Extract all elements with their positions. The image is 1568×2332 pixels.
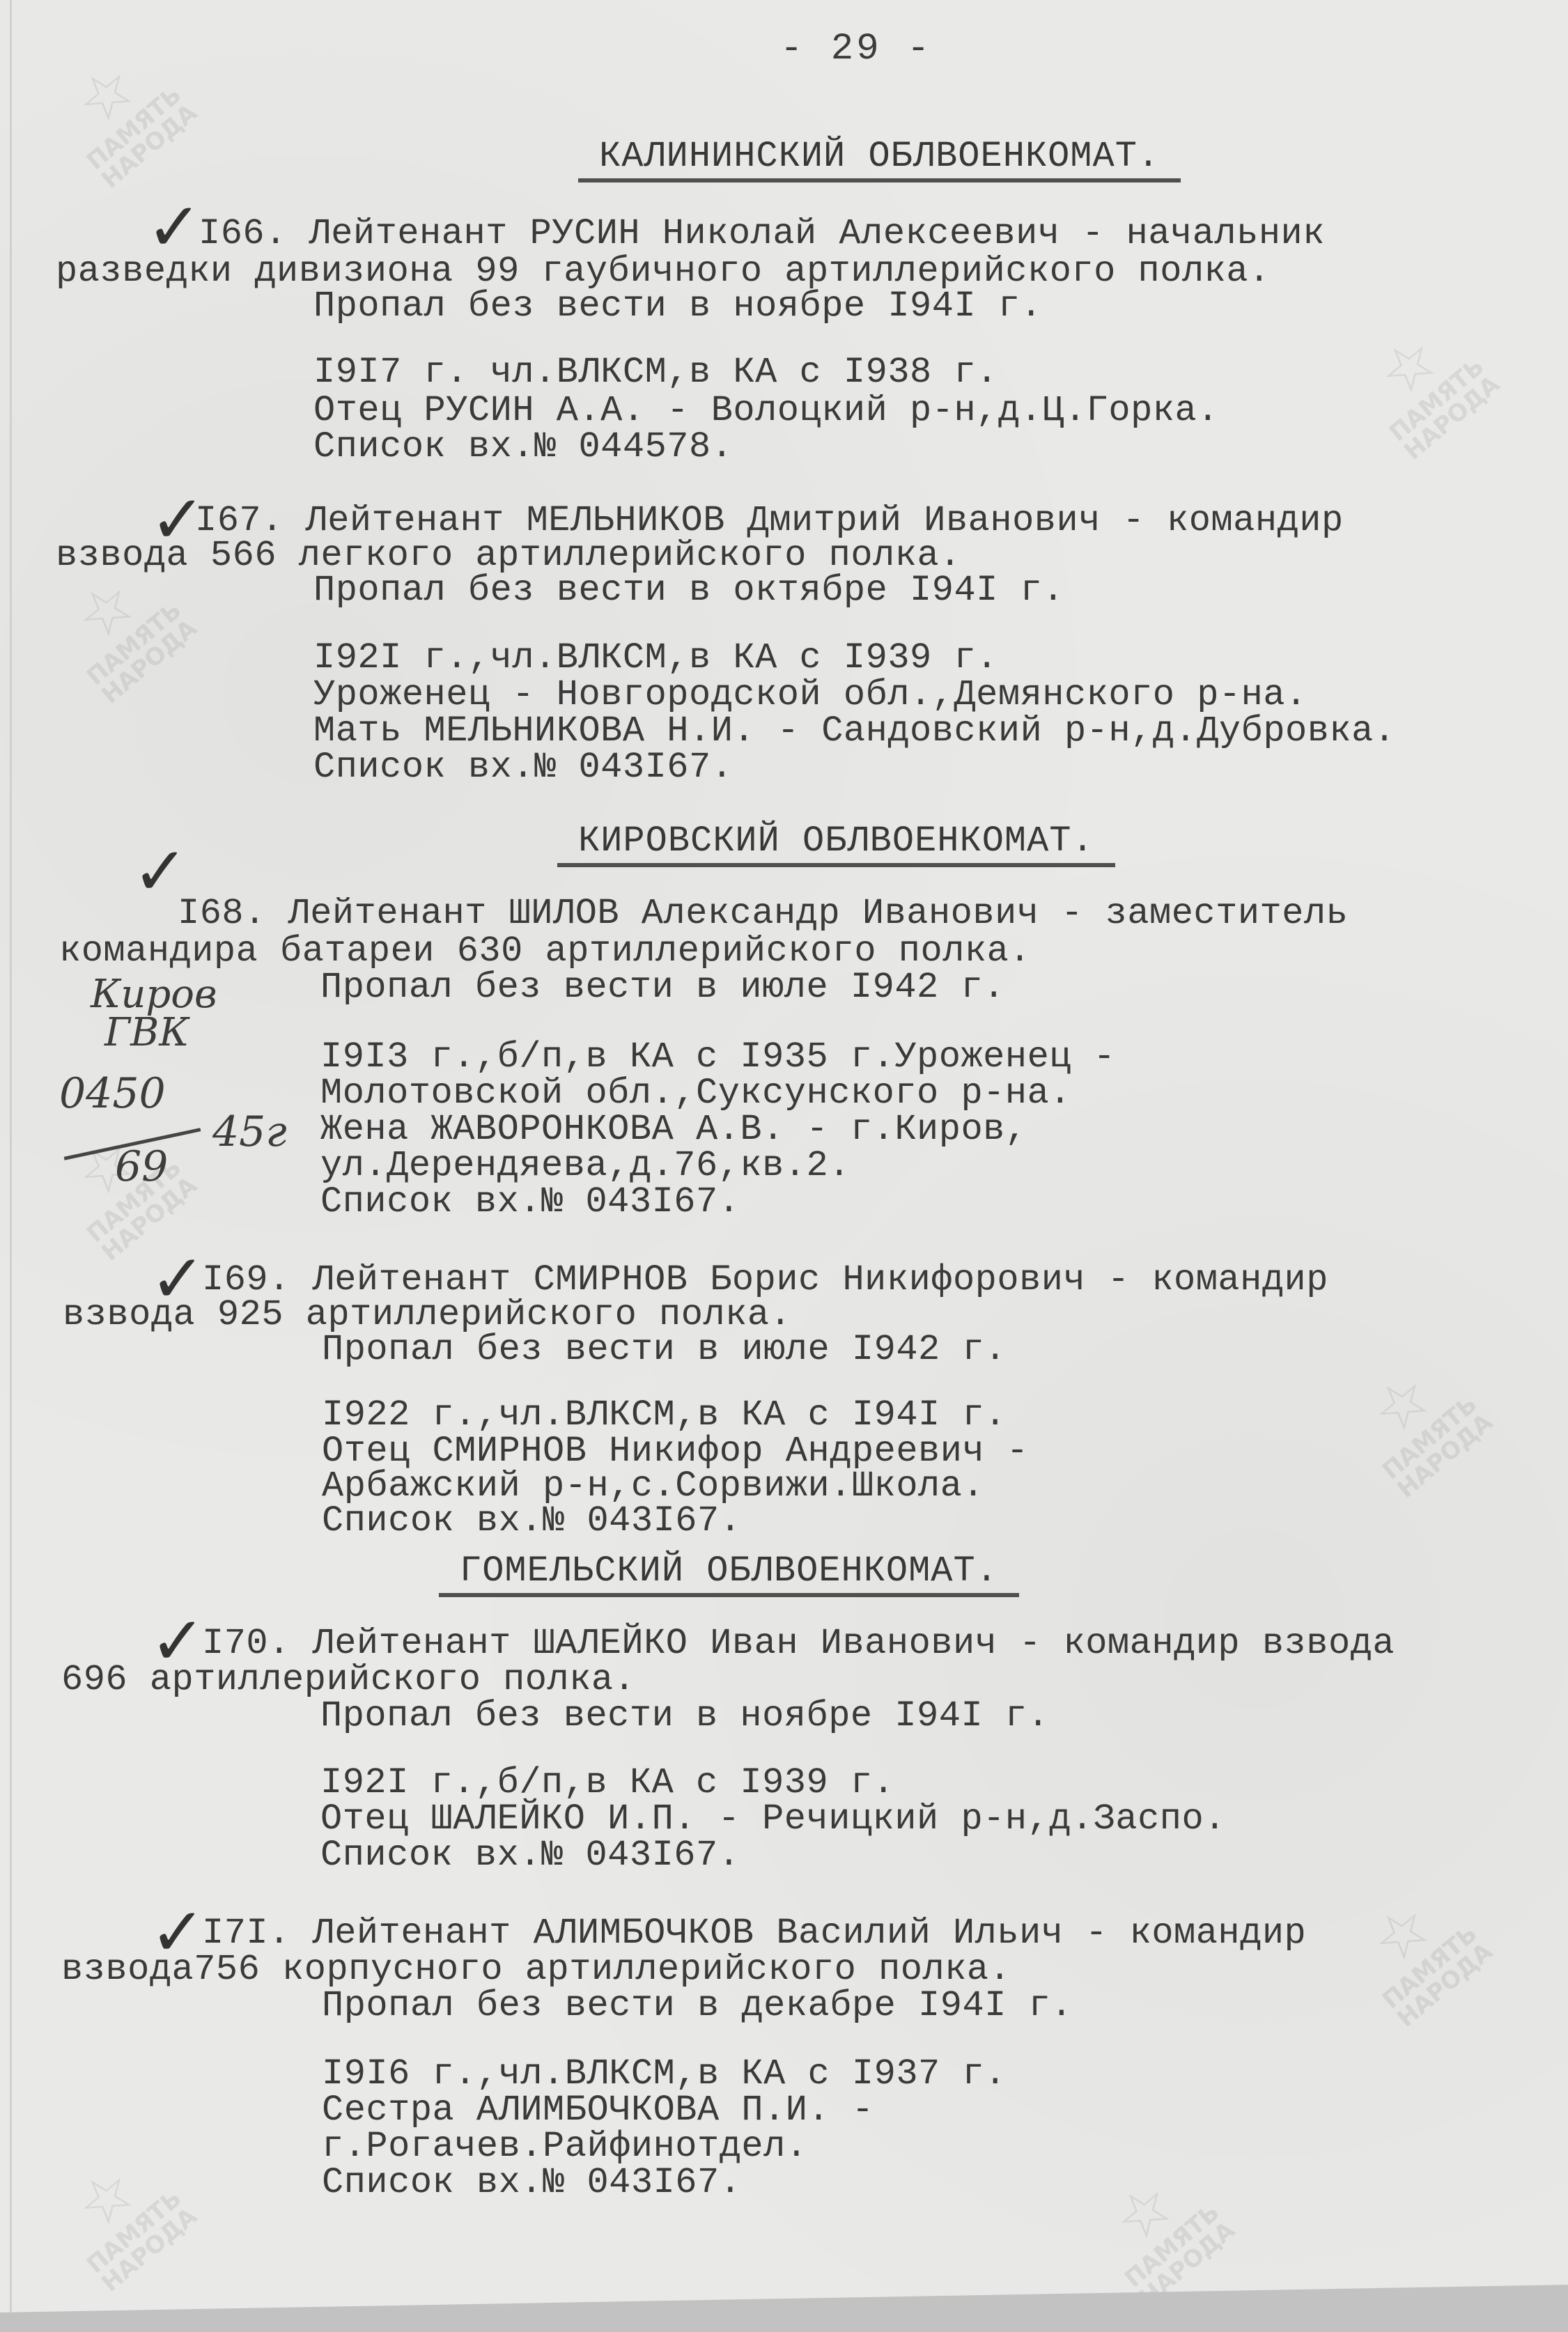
entry-line: Список вх.№ 043I67. <box>322 2162 741 2203</box>
entry-line: Уроженец - Новгородской обл.,Демянского … <box>313 674 1307 715</box>
entry-line: Пропал без вести в ноябре I94I г. <box>313 286 1042 327</box>
handwritten-note: ГВК <box>104 1010 189 1055</box>
entry-line: Сестра АЛИМБОЧКОВА П.И. - <box>322 2090 874 2131</box>
entry-line: Пропал без вести в июле I942 г. <box>322 1329 1007 1370</box>
handwritten-note: 45г <box>212 1107 287 1156</box>
entry-line: Жена ЖАВОРОНКОВА А.В. - г.Киров, <box>320 1109 1027 1150</box>
entry-line: Список вх.№ 044578. <box>313 426 733 467</box>
handwritten-note: 0450 <box>59 1069 166 1118</box>
entry-line: Список вх.№ 043I67. <box>313 747 733 788</box>
entry-line: Пропал без вести в декабре I94I г. <box>322 1985 1073 2026</box>
document-page: ☆ПАМЯТЬ НАРОДА ☆ПАМЯТЬ НАРОДА ☆ПАМЯТЬ НА… <box>0 0 1568 2312</box>
entry-line: I70. Лейтенант ШАЛЕЙКО Иван Иванович - к… <box>202 1623 1395 1664</box>
entry-line: I9I7 г. чл.ВЛКСМ,в КА с I938 г. <box>313 352 998 393</box>
entry-line: I66. Лейтенант РУСИН Николай Алексеевич … <box>199 213 1325 254</box>
watermark-stamp: ☆ПАМЯТЬ НАРОДА <box>1331 1338 1518 1525</box>
entry-line: Пропал без вести в июле I942 г. <box>320 967 1005 1008</box>
entry-line: Список вх.№ 043I67. <box>320 1835 740 1876</box>
page-edge <box>10 0 12 2312</box>
watermark-stamp: ☆ПАМЯТЬ НАРОДА <box>36 2132 222 2319</box>
watermark-stamp: ☆ПАМЯТЬ НАРОДА <box>36 29 222 215</box>
handwritten-note: 69 <box>115 1142 168 1191</box>
entry-line: I9I3 г.,б/п,в КА с I935 г.Уроженец - <box>320 1036 1115 1078</box>
entry-line: I7I. Лейтенант АЛИМБОЧКОВ Василий Ильич … <box>202 1913 1306 1954</box>
entry-line: I9I6 г.,чл.ВЛКСМ,в КА с I937 г. <box>322 2053 1007 2094</box>
entry-line: Пропал без вести в октябре I94I г. <box>313 570 1064 611</box>
section-title: ГОМЕЛЬСКИЙ ОБЛВОЕНКОМАТ. <box>439 1550 1019 1597</box>
entry-line: I92I г.,б/п,в КА с I939 г. <box>320 1762 894 1803</box>
entry-line: ул.Дерендяева,д.76,кв.2. <box>320 1145 851 1186</box>
entry-line: I922 г.,чл.ВЛКСМ,в КА с I94I г. <box>322 1394 1007 1436</box>
watermark-stamp: ☆ПАМЯТЬ НАРОДА <box>1073 2146 1260 2332</box>
section-title: КАЛИНИНСКИЙ ОБЛВОЕНКОМАТ. <box>578 136 1181 182</box>
watermark-stamp: ☆ПАМЯТЬ НАРОДА <box>1331 1867 1518 2054</box>
page-number: - 29 - <box>780 28 932 70</box>
entry-line: I92I г.,чл.ВЛКСМ,в КА с I939 г. <box>313 637 998 678</box>
entry-line: Пропал без вести в ноябре I94I г. <box>320 1695 1049 1736</box>
entry-line: Список вх.№ 043I67. <box>322 1500 741 1541</box>
entry-line: г.Рогачев.Райфинотдел. <box>322 2126 808 2167</box>
entry-line: Отец РУСИН А.А. - Волоцкий р-н,д.Ц.Горка… <box>313 390 1219 431</box>
section-title: КИРОВСКИЙ ОБЛВОЕНКОМАТ. <box>557 821 1115 867</box>
entry-line: Молотовской обл.,Суксунского р-на. <box>320 1073 1071 1114</box>
entry-line: I68. Лейтенант ШИЛОВ Александр Иванович … <box>178 893 1348 934</box>
entry-line: Отец ШАЛЕЙКО И.П. - Речицкий р-н,д.Заспо… <box>320 1798 1226 1840</box>
entry-line: командира батареи 630 артиллерийского по… <box>59 931 1031 972</box>
entry-line: взвода756 корпусного артиллерийского пол… <box>61 1949 1011 1990</box>
entry-line: Мать МЕЛЬНИКОВА Н.И. - Сандовский р-н,д.… <box>313 710 1396 752</box>
entry-line: 696 артиллерийского полка. <box>61 1659 635 1700</box>
entry-line: Список вх.№ 043I67. <box>320 1181 740 1222</box>
watermark-stamp: ☆ПАМЯТЬ НАРОДА <box>1338 300 1525 487</box>
